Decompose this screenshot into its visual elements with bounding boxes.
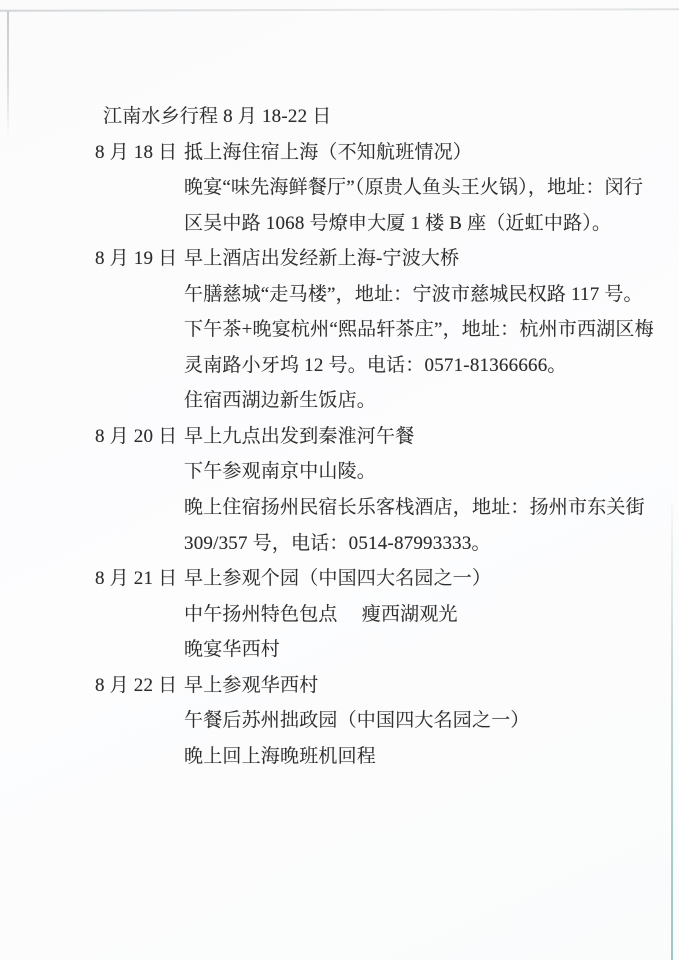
- line-text: 晚上住宿扬州民宿长乐客栈酒店，地址：扬州市东关街: [184, 497, 645, 518]
- date-label: 8 月 22 日: [95, 668, 184, 704]
- scanned-document-page: 江南水乡行程 8 月 18-22 日8 月 18 日抵上海住宿上海（不知航班情况…: [0, 0, 679, 960]
- date-label: 8 月 19 日: [95, 241, 184, 277]
- line-text: 309/357 号，电话：0514-87993333。: [184, 533, 491, 554]
- itinerary-detail-row: 晚上回上海晚班机回程: [0, 739, 679, 775]
- line-text: 下午茶+晚宴杭州“熙品轩茶庄”，地址：杭州市西湖区梅: [184, 319, 654, 340]
- itinerary-detail-row: 下午参观南京中山陵。: [0, 454, 679, 490]
- line-text: 晚宴“味先海鲜餐厅”（原贵人鱼头王火锅），地址：闵行: [184, 177, 643, 198]
- itinerary-detail-row: 午膳慈城“走马楼”，地址：宁波市慈城民权路 117 号。: [0, 277, 679, 313]
- itinerary-detail-row: 晚宴华西村: [0, 632, 679, 668]
- line-text: 早上九点出发到秦淮河午餐: [184, 419, 414, 455]
- itinerary-date-row: 8 月 21 日早上参观个园（中国四大名园之一）: [0, 561, 679, 597]
- itinerary-detail-row: 晚宴“味先海鲜餐厅”（原贵人鱼头王火锅），地址：闵行: [0, 170, 679, 206]
- itinerary-detail-row: 晚上住宿扬州民宿长乐客栈酒店，地址：扬州市东关街: [0, 490, 679, 526]
- line-text: 区吴中路 1068 号燎申大厦 1 楼 B 座（近虹中路）。: [184, 213, 611, 234]
- line-text: 早上酒店出发经新上海-宁波大桥: [184, 241, 459, 277]
- itinerary-detail-row: 区吴中路 1068 号燎申大厦 1 楼 B 座（近虹中路）。: [0, 206, 679, 242]
- line-text: 抵上海住宿上海（不知航班情况）: [184, 135, 472, 171]
- itinerary-detail-row: 住宿西湖边新生饭店。: [0, 383, 679, 419]
- itinerary-detail-row: 中午扬州特色包点 瘦西湖观光: [0, 597, 679, 633]
- itinerary-date-row: 8 月 20 日早上九点出发到秦淮河午餐: [0, 419, 679, 455]
- itinerary-detail-row: 灵南路小牙坞 12 号。电话：0571-81366666。: [0, 348, 679, 384]
- line-text: 午餐后苏州拙政园（中国四大名园之一）: [184, 710, 530, 731]
- itinerary-date-row: 8 月 18 日抵上海住宿上海（不知航班情况）: [0, 135, 679, 171]
- date-label: 8 月 18 日: [95, 135, 184, 171]
- itinerary-detail-row: 309/357 号，电话：0514-87993333。: [0, 526, 679, 562]
- date-label: 8 月 20 日: [95, 419, 184, 455]
- line-text: 下午参观南京中山陵。: [184, 461, 376, 482]
- line-text: 住宿西湖边新生饭店。: [184, 390, 376, 411]
- itinerary-lines: 江南水乡行程 8 月 18-22 日8 月 18 日抵上海住宿上海（不知航班情况…: [0, 99, 679, 774]
- line-text: 江南水乡行程 8 月 18-22 日: [103, 106, 331, 127]
- itinerary-detail-row: 下午茶+晚宴杭州“熙品轩茶庄”，地址：杭州市西湖区梅: [0, 312, 679, 348]
- line-text: 早上参观华西村: [184, 668, 318, 704]
- itinerary-date-row: 8 月 22 日早上参观华西村: [0, 668, 679, 704]
- line-text: 晚上回上海晚班机回程: [184, 746, 376, 767]
- line-text: 中午扬州特色包点 瘦西湖观光: [184, 604, 458, 625]
- scan-edge-top: [0, 8, 679, 11]
- itinerary-date-row: 8 月 19 日早上酒店出发经新上海-宁波大桥: [0, 241, 679, 277]
- date-label: 8 月 21 日: [95, 561, 184, 597]
- itinerary-detail-row: 午餐后苏州拙政园（中国四大名园之一）: [0, 703, 679, 739]
- document-title: 江南水乡行程 8 月 18-22 日: [0, 99, 679, 135]
- line-text: 晚宴华西村: [184, 639, 280, 660]
- line-text: 早上参观个园（中国四大名园之一）: [184, 561, 491, 597]
- line-text: 午膳慈城“走马楼”，地址：宁波市慈城民权路 117 号。: [184, 284, 643, 305]
- line-text: 灵南路小牙坞 12 号。电话：0571-81366666。: [184, 355, 567, 376]
